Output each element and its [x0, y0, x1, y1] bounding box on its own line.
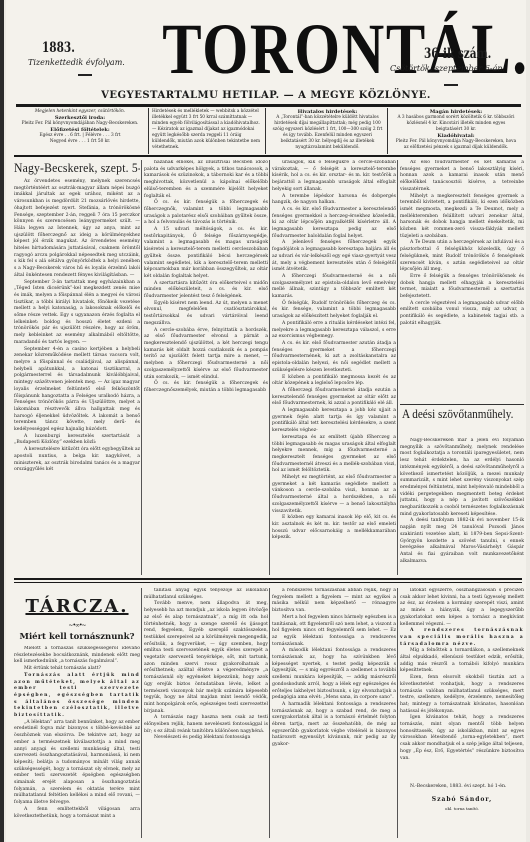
paragraph: Mihelyt ez megtörtént, az első főudvarme…	[272, 475, 396, 515]
column-divider	[269, 588, 270, 838]
author-title: okl. torna tanító.	[400, 806, 524, 811]
rule	[14, 578, 522, 580]
paragraph: Nagy-Becskereken már a jelen évi folyamá…	[400, 438, 524, 518]
page-binding-edge	[0, 0, 4, 842]
paragraph: A fenn említettekből világosan arra köve…	[14, 807, 140, 820]
ads-notice: Hirdetések és mellékletek — webbitsk a k…	[148, 108, 266, 154]
column-divider	[269, 160, 270, 575]
paragraph: A legmagasabb keresztapa a jobb kéz ujja…	[272, 408, 396, 435]
paragraph: „A lélektan” arra tanít bennünket, hogy …	[14, 720, 140, 807]
paragraph: A harmadik lélektani fontossága a rendsz…	[272, 702, 396, 749]
feuilleton-title: Miért kell tornásznunk?	[14, 632, 140, 642]
paragraph: Igen kívánatos tehát, hogy a rendszeres …	[400, 715, 524, 762]
paragraph: Ő cs. és kir. fenségük a főherczegek és …	[144, 200, 268, 227]
paragraph: Az örvendetes esemény, melynek szerencsé…	[14, 179, 140, 280]
paragraph: Ő felségük, Rudolf trónörökös főherczeg …	[272, 301, 396, 321]
notice-text: Hirdetések és mellékletek — webbitsk a k…	[152, 109, 262, 151]
paragraph: September 3-án tartattak meg egyházainkb…	[14, 280, 140, 347]
masthead: 1883. Tizenkettedik évfolyam. TORONTÁL. …	[6, 0, 526, 100]
column-divider	[397, 160, 398, 575]
paragraph: Ő cs. és kir. fenségük a főherczegek és …	[144, 381, 268, 394]
paragraph: A deési tanfolyam 1882-ik évi november 1…	[400, 518, 524, 565]
paragraph: Mielőtt a tornászás szükségességéről ide…	[14, 646, 140, 666]
column-divider	[397, 588, 398, 838]
newspaper-title: TORONTÁL.	[162, 6, 383, 92]
feuilleton-column-2: tanítási anyag egyik tényezője az iskolá…	[144, 588, 268, 836]
paragraph: A tornászás nagy haszna nem csak az test…	[144, 715, 268, 735]
feuilleton-column-1: Mielőtt a tornászás szükségességéről ide…	[14, 646, 140, 836]
paragraph: Erre ő felségük a fenséges trónörökösnek…	[400, 274, 524, 301]
issue-date: Csötörtök, szeptember 6-án.	[390, 64, 505, 73]
paragraph: Ezen, fenn elsorolt okokból tisztán azt …	[400, 675, 524, 715]
paragraph: latokat egyszerre, összhangzásosan s pre…	[400, 588, 524, 628]
paragraph: a rendszeres tornászásnak abban rejlik, …	[272, 588, 396, 615]
paragraph: Mihelyt a megkeresztelt fenséges gyermek…	[400, 194, 524, 241]
paragraph: uraságok, kik ő felségükre a cercle-szob…	[272, 160, 396, 194]
column-3: uraságok, kik ő felségükre a cercle-szob…	[272, 160, 396, 575]
paragraph: September 4-én a casino kertjében a hely…	[14, 347, 140, 434]
column-4: Az első főudvarmester és két kamarás a f…	[400, 160, 524, 405]
rule	[16, 104, 521, 107]
paragraph: A cs. és kir. első főudvarmester azután …	[272, 341, 396, 375]
paragraph: A luxenburgi keresztelés szertartását a …	[14, 434, 140, 447]
column-divider	[141, 160, 142, 575]
deesi-article: Nagy-Becskereken már a jelen évi folyamá…	[400, 438, 524, 578]
masthead-dash	[78, 74, 92, 76]
masthead-subtitle: VEGYESTARTALMU HETILAP. — A MEGYE KÖZLÖN…	[6, 90, 526, 101]
paragraph: Míg a felnőttek a tornardákon, a szellem…	[400, 648, 524, 675]
dateline: N.-Becskereken, 1883. évi szept. hó 1-én…	[400, 784, 524, 789]
paragraph: A 15 udvari méltóságok, a cs. és kir. te…	[144, 227, 268, 281]
masthead-volume: Tizenkettedik évfolyam.	[28, 58, 125, 67]
deesi-headline: A deési szövőtanműhely.	[402, 406, 509, 422]
paragraph: Tovább menve, nem állapodva át meg, hely…	[144, 601, 268, 715]
paragraph: A keresztelésre kitűzött óra előtt egybe…	[14, 447, 140, 474]
paragraph: E közben a pontifikáló megmossa kezét és…	[272, 375, 396, 388]
paragraph: Nevelészeti és pedig lélektani fontosság…	[144, 735, 268, 742]
paragraph: A főherczegi főudvarmesterné átadja ezut…	[272, 388, 396, 408]
feuilleton-column-4: latokat egyszerre, összhangzásosan s pre…	[400, 588, 524, 788]
paragraph: Tornászás alatt értjük mind azon műtétek…	[14, 673, 140, 720]
paragraph: A cercle-szobába érve, felnyittatik a ho…	[144, 328, 268, 382]
notice-text: A „Torontál”-ban közzétételre küldött hi…	[271, 115, 384, 151]
paragraph: A jelenlevő fenséges főherczegek egyik f…	[272, 240, 396, 274]
paragraph: A szertartásra kitűzött óra előkerteivel…	[144, 281, 268, 301]
feuilleton-section-title: TÁRCZA.	[14, 596, 140, 617]
paragraph: Az első főudvarmester és két kamarás a f…	[400, 160, 524, 194]
publication-notice: Megjelen hetenkint egyszer, csütörtökön.…	[14, 108, 146, 154]
paragraph: E közben egy kamarai inasok lép elő, kit…	[272, 515, 396, 542]
paragraph: Mert a hol fegyelem nincs bármely egészb…	[272, 615, 396, 649]
paragraph: Mit értünk tehát tornászás alatt?	[14, 666, 140, 673]
official-notice: Hivatalos hirdetések: A „Torontál”-ban k…	[268, 108, 388, 154]
paragraph: keresztapa és az említett újabb főhercze…	[272, 435, 396, 475]
paragraph: A terembe lépéskor harsona és dobpergés …	[272, 194, 396, 207]
rule	[14, 582, 522, 583]
paragraph: házának elnökei, az illusztrisai Bécsben…	[144, 160, 268, 200]
paragraph: A második lélektani fontossága a rendsze…	[272, 648, 396, 702]
paragraph: tanítási anyag egyik tényezője az iskolá…	[144, 588, 268, 601]
paragraph: A pontifikáló erre a rituális kérdéseket…	[272, 321, 396, 341]
column-2: házának elnökei, az illusztrisai Bécsben…	[144, 160, 268, 575]
paragraph: Egyéb kíséret nem leend. Az út, melyen a…	[144, 301, 268, 328]
paragraph: A főherczegi főudvarmesterné és a női sz…	[272, 274, 396, 301]
lead-article-column: Nagy-Becskerek, szept. 5-én. Az örvendet…	[14, 160, 140, 575]
notice-prices: Negyed évre . . . 1 frt 50 kr.	[17, 139, 143, 145]
rule	[400, 404, 524, 405]
masthead-dash	[444, 84, 458, 86]
paragraph: A cs. és kir. első főudvarmester a keres…	[272, 207, 396, 241]
paragraph: A Te Deum után a herczegérsek az infuláv…	[400, 240, 524, 274]
lead-headline: Nagy-Becskerek, szept. 5-én.	[14, 160, 127, 176]
masthead-year: 1883.	[42, 40, 75, 56]
feuilleton-column-3: a rendszeres tornászásnak abban rejlik, …	[272, 588, 396, 836]
issue-number: 36-ik szám.	[424, 46, 491, 62]
paragraph: A cercle végeztével a legmagasabb udvar …	[400, 301, 524, 328]
rule	[14, 155, 522, 157]
notice-text: Pleitz Fer. Pál könyvnyomdája Nagy-Becsk…	[393, 139, 519, 151]
author-signature: Szabó Sándor,	[400, 796, 524, 803]
ornament: ~•∞•~	[54, 622, 100, 629]
newspaper-page: 1883. Tizenkettedik évfolyam. TORONTÁL. …	[6, 0, 526, 842]
notice-text: A 3 hasábos garmond sorért közöltetik 6 …	[393, 115, 519, 133]
column-divider	[141, 588, 142, 838]
private-notice: Magán hirdetések: A 3 hasábos garmond so…	[390, 108, 522, 154]
paragraph: A rendszeres tornászásnak van speciális …	[400, 628, 524, 648]
